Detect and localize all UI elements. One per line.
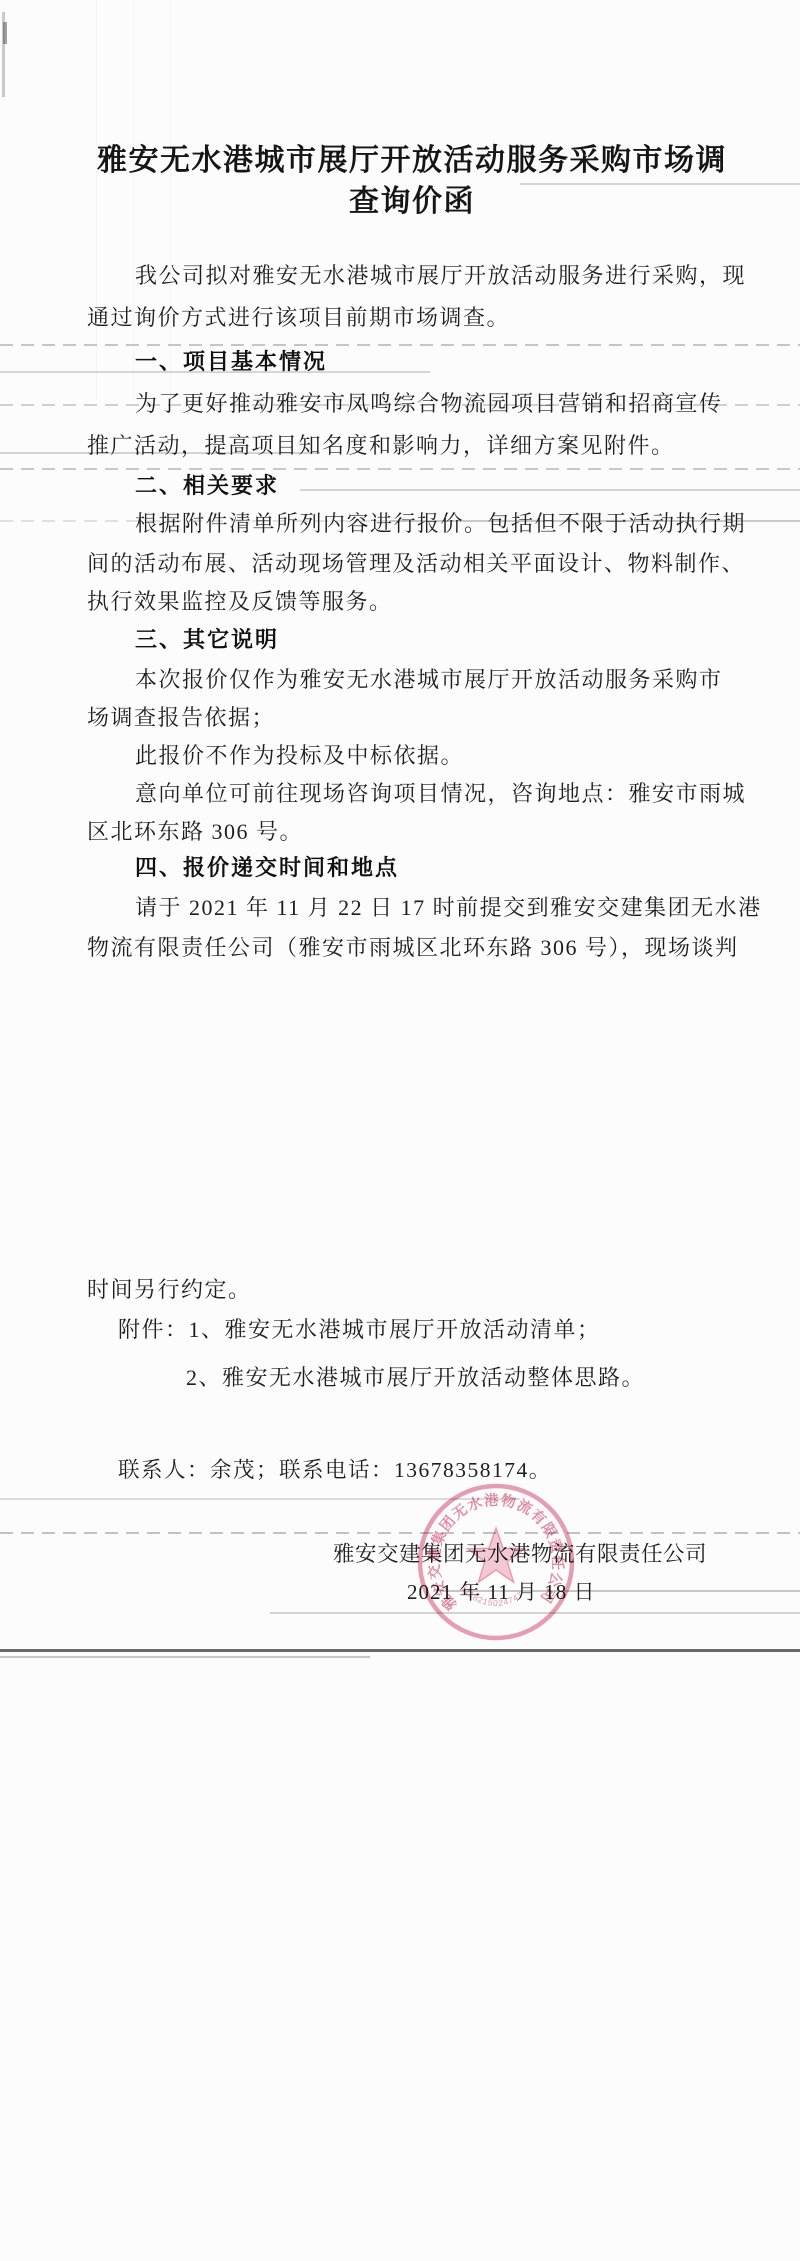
scan-line-artifact — [0, 468, 800, 470]
intro-line-2: 通过询价方式进行该项目前期市场调查。 — [87, 303, 510, 333]
attachment-item-2: 2、雅安无水港城市展厅开放活动整体思路。 — [186, 1363, 645, 1393]
section-2-heading: 二、相关要求 — [135, 471, 279, 501]
scan-line-artifact — [0, 1532, 800, 1534]
scan-line-artifact — [0, 344, 800, 346]
section-3-line-1: 本次报价仅作为雅安无水港城市展厅开放活动服务采购市 — [135, 665, 723, 695]
scan-line-artifact — [0, 1656, 370, 1658]
section-3-heading: 三、其它说明 — [135, 625, 279, 655]
document-title-line-2: 查询价函 — [24, 183, 800, 221]
section-4-heading: 四、报价递交时间和地点 — [135, 853, 399, 883]
section-1-line-1: 为了更好推动雅安市凤鸣综合物流园项目营销和招商宣传 — [135, 389, 723, 419]
section-2-line-2: 间的活动布展、活动现场管理及活动相关平面设计、物料制作、 — [87, 549, 745, 579]
svg-text:5118215024747: 5118215024747 — [459, 1583, 525, 1608]
company-seal-stamp: 雅安交建集团无水港物流有限责任公司 5118215024747 — [412, 1478, 580, 1646]
scan-mark-artifact — [3, 22, 7, 44]
section-3-line-2: 场调查报告依据； — [87, 703, 275, 733]
section-4-line-2: 物流有限责任公司（雅安市雨城区北环东路 306 号），现场谈判 — [87, 933, 739, 963]
scan-line-artifact — [0, 1649, 800, 1652]
intro-line-1: 我公司拟对雅安无水港城市展厅开放活动服务进行采购，现 — [135, 261, 746, 291]
stamp-code-arc-text: 5118215024747 — [459, 1583, 525, 1608]
stamp-star-icon — [468, 1528, 525, 1582]
section-1-line-2: 推广活动，提高项目知名度和影响力，详细方案见附件。 — [87, 431, 675, 461]
section-3-line-3: 此报价不作为投标及中标依据。 — [135, 741, 464, 771]
section-1-heading: 一、项目基本情况 — [135, 347, 327, 377]
attachment-item-1: 附件：1、雅安无水港城市展厅开放活动清单； — [118, 1315, 601, 1345]
section-2-line-3: 执行效果监控及反馈等服务。 — [87, 587, 393, 617]
section-3-line-5: 区北环东路 306 号。 — [87, 817, 303, 847]
section-4-line-1: 请于 2021 年 11 月 22 日 17 时前提交到雅安交建集团无水港 — [135, 893, 762, 923]
document-title-line-1: 雅安无水港城市展厅开放活动服务采购市场调 — [24, 142, 800, 180]
section-4-line-3: 时间另行约定。 — [87, 1275, 252, 1305]
section-3-line-4: 意向单位可前往现场咨询项目情况，咨询地点：雅安市雨城 — [135, 779, 746, 809]
scan-line-artifact — [300, 489, 800, 491]
section-2-line-1: 根据附件清单所列内容进行报价。包括但不限于活动执行期 — [135, 509, 746, 539]
scan-streak-artifact — [2, 12, 5, 97]
scanned-document-page: 雅安无水港城市展厅开放活动服务采购市场调 查询价函 我公司拟对雅安无水港城市展厅… — [0, 0, 800, 2261]
